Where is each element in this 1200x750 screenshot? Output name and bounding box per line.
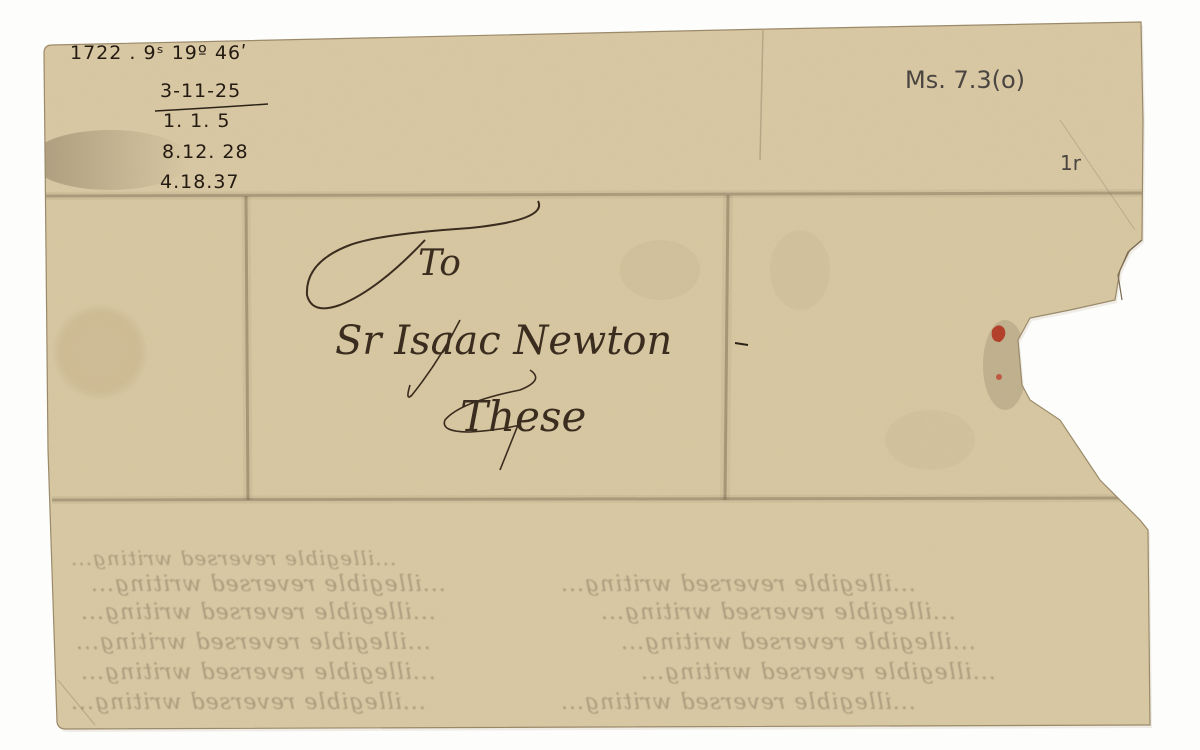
calc-line-5: 4.18.37 [160, 173, 240, 192]
bleed-through-line: ...illegible reversed writing... [560, 690, 916, 715]
address-these: These [460, 392, 586, 441]
document-stage: 1722 . 9ˢ 19º 46ʹ 3-11-25 1. 1. 5 8.12. … [0, 0, 1200, 750]
bleed-through-line: ...illegible reversed writing... [620, 630, 976, 655]
calc-line-4: 8.12. 28 [162, 143, 249, 162]
shelfmark: Ms. 7.3(o) [905, 66, 1025, 94]
bleed-through-line: ...illegible reversed writing... [90, 572, 446, 597]
address-to: To [418, 243, 461, 284]
calc-line-1: 1722 . 9ˢ 19º 46ʹ [70, 44, 247, 63]
bleed-through-line: ...illegible reversed writing... [80, 660, 436, 685]
bleed-through-line: ...illegible reversed writing... [70, 690, 426, 715]
bleed-through-line: ...illegible reversed writing... [640, 660, 996, 685]
bleed-through-line: ...illegible reversed writing... [75, 630, 431, 655]
calc-line-2: 3-11-25 [160, 82, 241, 101]
address-recipient: Sr Isaac Newton [335, 318, 672, 364]
folio-number: 1r [1060, 151, 1081, 175]
bleed-through-line: ...illegible reversed writing... [600, 600, 956, 625]
calc-line-3: 1. 1. 5 [163, 112, 230, 131]
bleed-through-line: ...illegible reversed writing... [80, 600, 436, 625]
bleed-through-line: ...illegible reversed writing... [70, 546, 396, 570]
bleed-through-line: ...illegible reversed writing... [560, 572, 916, 597]
